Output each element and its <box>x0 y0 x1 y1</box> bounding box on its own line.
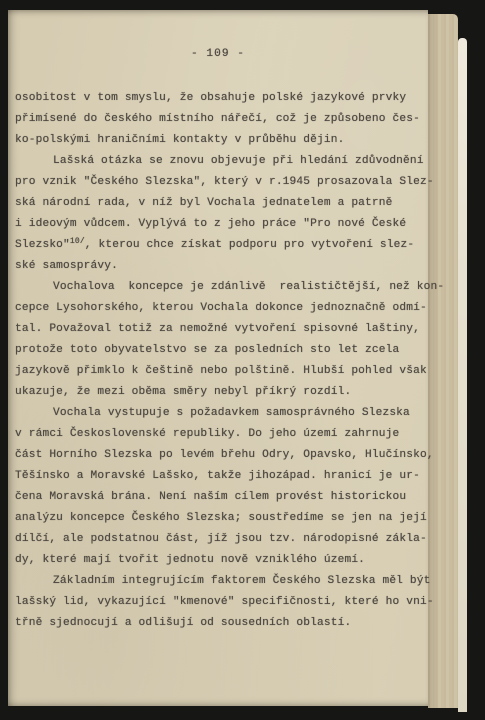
text-line: dy, které mají tvořit jednotu nově vznik… <box>15 550 428 571</box>
text-line: ské samosprávy. <box>15 256 428 277</box>
text-line: čena Moravská brána. Není naším cílem pr… <box>15 487 428 508</box>
text-line: lašský lid, vykazující "kmenové" specifi… <box>15 592 428 613</box>
text-line: Základním integrujícím faktorem Českého … <box>15 571 428 592</box>
text-block: osobitost v tom smyslu, že obsahuje pols… <box>8 88 428 634</box>
text-line: Slezsko"10/, kterou chce získat podporu … <box>15 235 428 256</box>
text-line: cepce Lysohorského, kterou Vochala dokon… <box>15 298 428 319</box>
page-number: - 109 - <box>26 46 410 62</box>
paragraph: Základním integrujícím faktorem Českého … <box>15 571 428 634</box>
text-line: Vochala vystupuje s požadavkem samospráv… <box>15 403 428 424</box>
text-line: v rámci Československé republiky. Do jeh… <box>15 424 428 445</box>
paragraph: Vochala vystupuje s požadavkem samospráv… <box>15 403 428 571</box>
text-line: analýzu koncepce Českého Slezska; soustř… <box>15 508 428 529</box>
document-page: - 109 - osobitost v tom smyslu, že obsah… <box>8 10 428 706</box>
text-line: část Horního Slezska po levém břehu Odry… <box>15 445 428 466</box>
text-line: jazykově přimklo k češtině nebo polštině… <box>15 361 428 382</box>
text-line: Těšínsko a Moravské Lašsko, takže jihozá… <box>15 466 428 487</box>
text-line: přimísené do českého místního nářečí, co… <box>15 109 428 130</box>
scanned-book-photo: - 109 - osobitost v tom smyslu, že obsah… <box>0 0 485 720</box>
text-line: třně sjednocují a odlišují od sousedních… <box>15 613 428 634</box>
text-line: Vochalova koncepce je zdánlivě realistič… <box>15 277 428 298</box>
text-line: protože toto obyvatelstvo se za poslední… <box>15 340 428 361</box>
footnote-marker: 10/ <box>70 237 85 246</box>
text-line: pro vznik "Českého Slezska", který v r.1… <box>15 172 428 193</box>
paragraph: osobitost v tom smyslu, že obsahuje pols… <box>15 88 428 151</box>
underlying-page-edge <box>458 38 467 712</box>
paragraph: Lašská otázka se znovu objevuje při hled… <box>15 151 428 277</box>
text-line: i ideovým vůdcem. Vyplývá to z jeho prác… <box>15 214 428 235</box>
text-line: ská národní rada, v níž byl Vochala jedn… <box>15 193 428 214</box>
text-line: tal. Považoval totiž za nemožné vytvořen… <box>15 319 428 340</box>
paragraph: Vochalova koncepce je zdánlivě realistič… <box>15 277 428 403</box>
text-line: osobitost v tom smyslu, že obsahuje pols… <box>15 88 428 109</box>
text-line: dílčí, ale podstatnou část, jíž jsou tzv… <box>15 529 428 550</box>
text-line: Lašská otázka se znovu objevuje při hled… <box>15 151 428 172</box>
text-line: ukazuje, že mezi oběma směry nebyl příkr… <box>15 382 428 403</box>
text-line: ko-polskými hraničními kontakty v průběh… <box>15 130 428 151</box>
